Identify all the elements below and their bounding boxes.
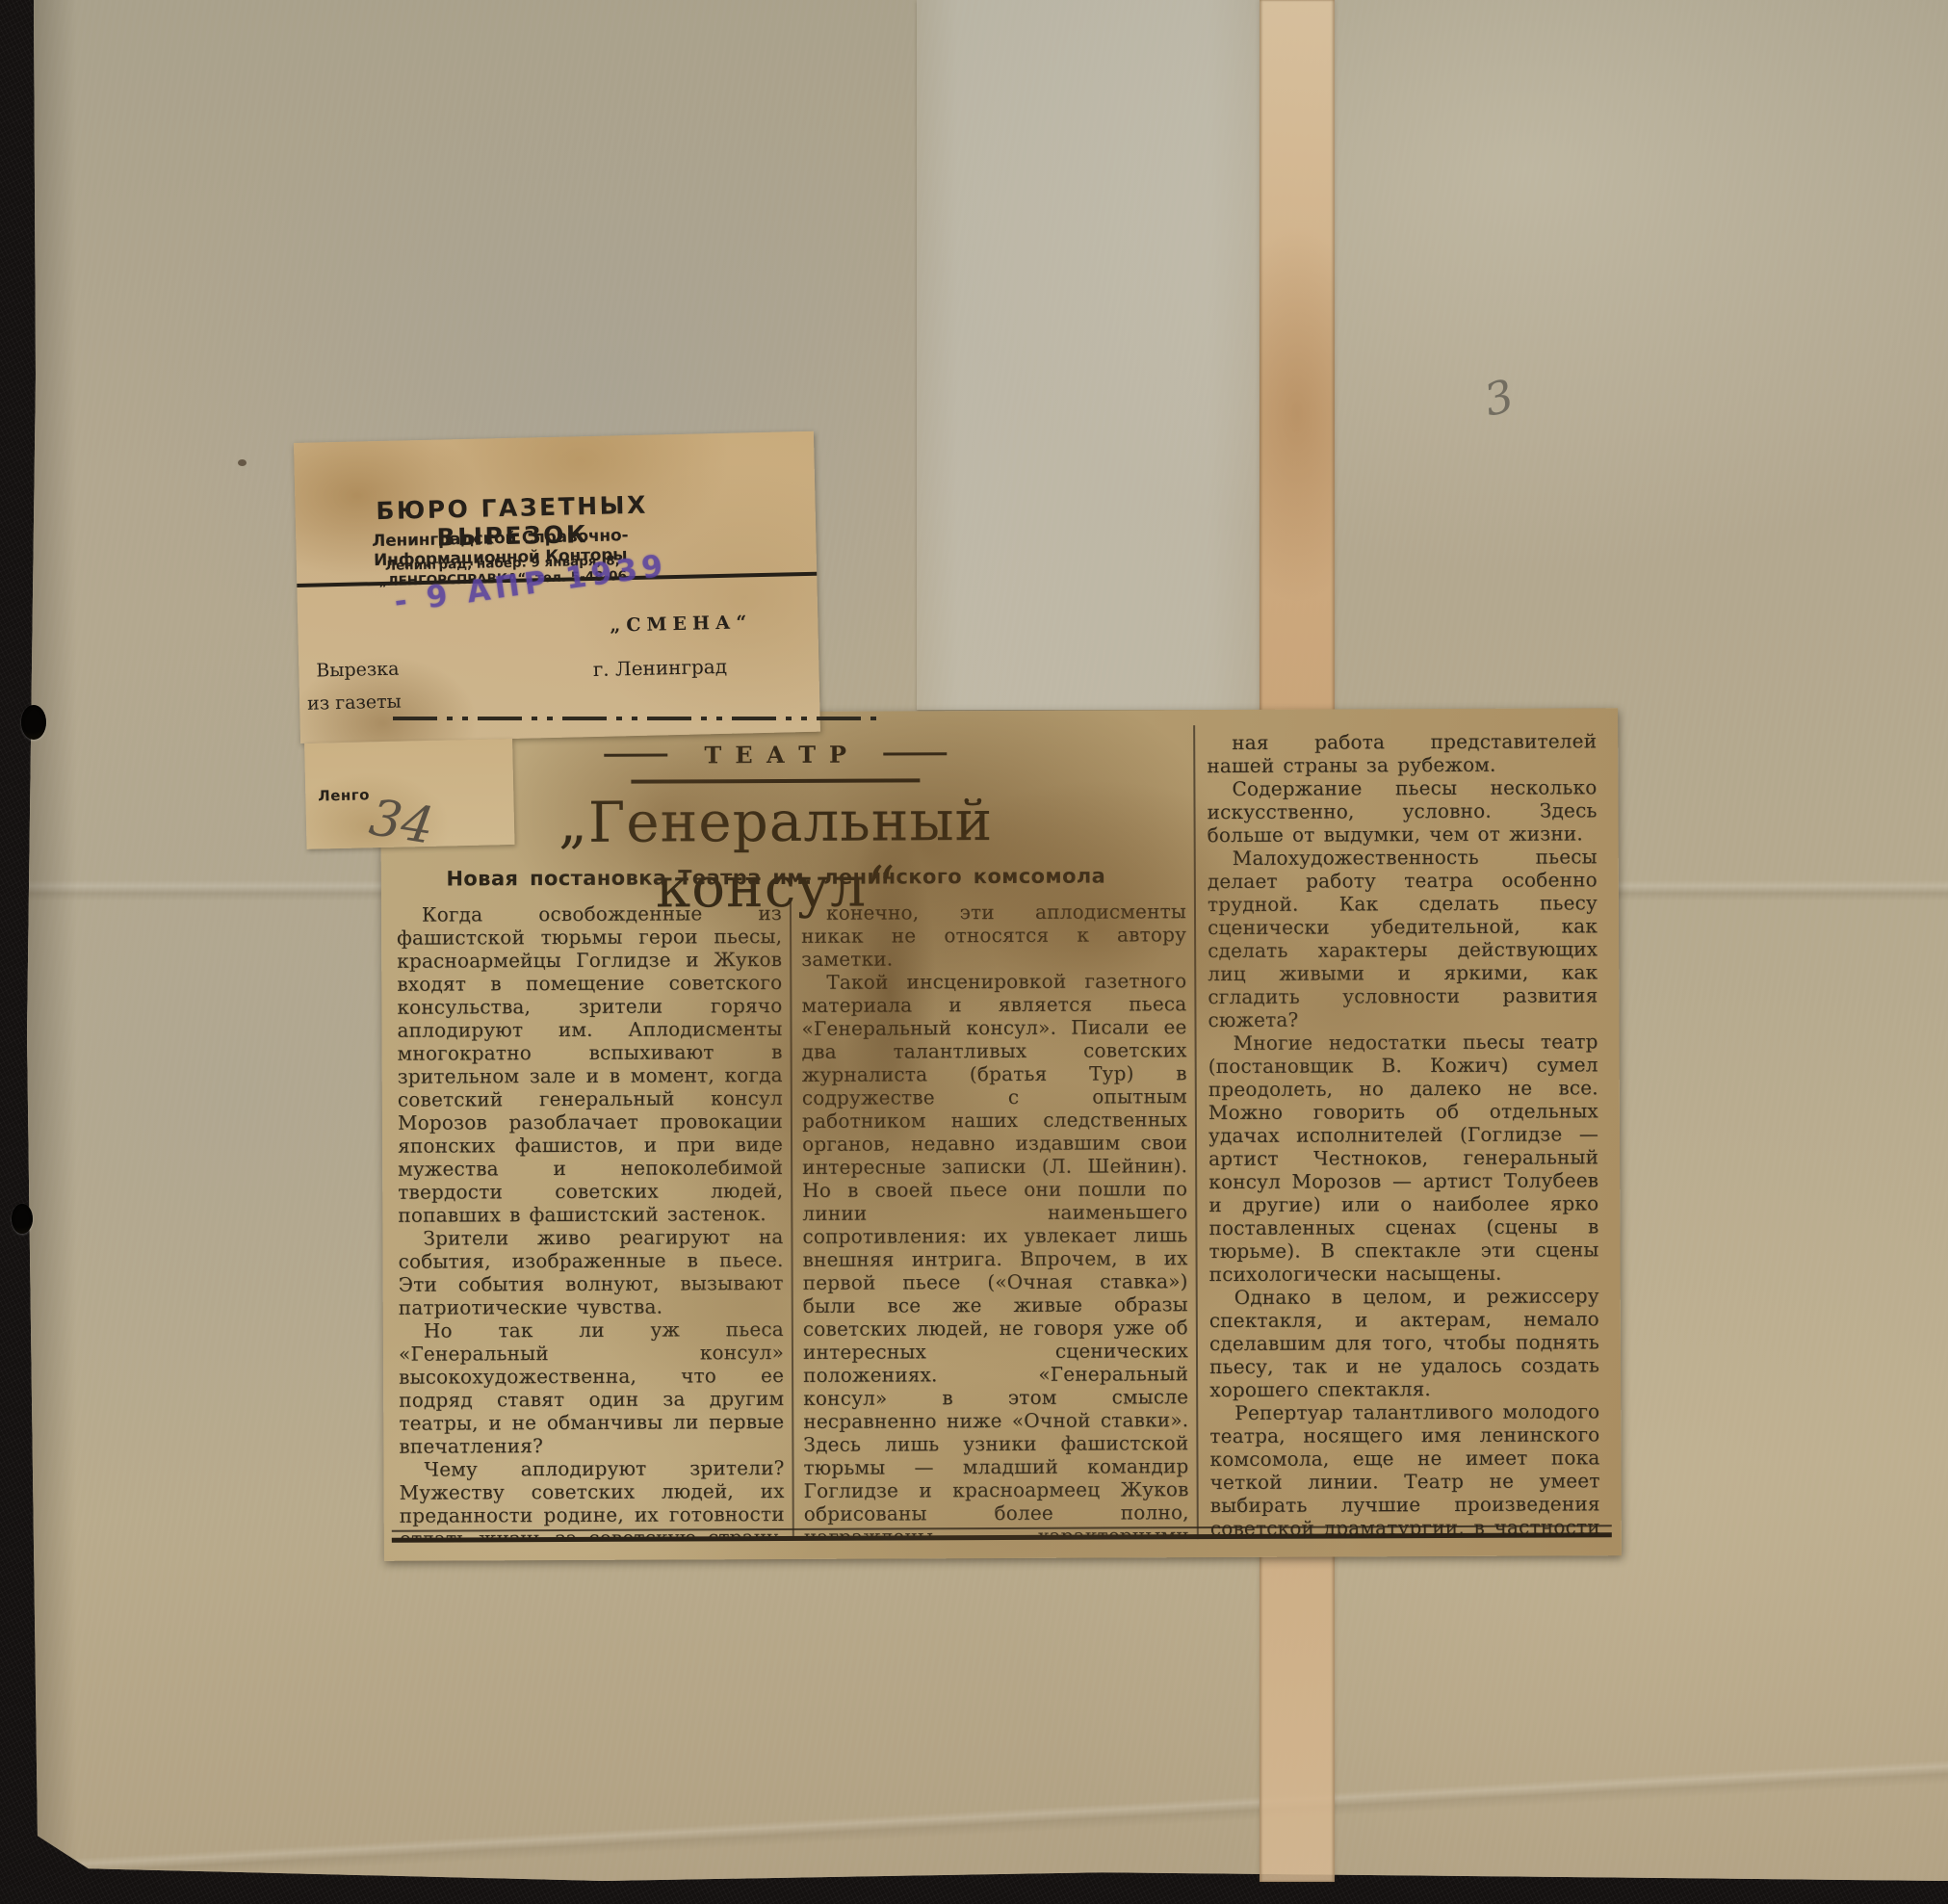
- rubric-right-rule: [883, 752, 947, 755]
- bureau-label-body: БЮРО ГАЗЕТНЫХ ВЫРЕЗОК Ленинградской Спра…: [294, 431, 820, 743]
- column-rule: [1193, 725, 1199, 1539]
- handwritten-catalog-number: 34: [366, 789, 438, 856]
- article-subheadline: Новая постановка Театра им. ленинского к…: [439, 864, 1113, 890]
- fill-in-line: [393, 717, 886, 720]
- article-paragraph: конечно, эти аплодисменты никак не относ…: [801, 900, 1186, 971]
- article-column-3: ная работа представителей нашей страны з…: [1207, 729, 1600, 1538]
- article-paragraph: Малохудожественность пьесы делает работу…: [1208, 845, 1598, 1031]
- article-paragraph: Многие недостатки пьесы театр (постановщ…: [1208, 1030, 1599, 1286]
- paper-hole: [12, 1204, 33, 1234]
- article-paragraph: Но так ли уж пьеса «Генеральный консул» …: [399, 1317, 785, 1458]
- article-paragraph: Такой инсценировкой газетного материала …: [801, 969, 1189, 1539]
- cut-label-line1: Вырезка: [316, 659, 400, 682]
- column-rule: [790, 900, 794, 1539]
- article-paragraph: Однако в целом, и режиссеру спектакля, и…: [1209, 1284, 1600, 1401]
- article-paragraph: Содержание пьесы несколько искусственно,…: [1207, 775, 1597, 847]
- archive-scan: 3 ТЕАТР „Генеральный консул“ Новая поста…: [0, 0, 1948, 1904]
- article-column-2: конечно, эти аплодисменты никак не относ…: [801, 900, 1189, 1539]
- ink-speck: [238, 459, 247, 466]
- bureau-label: БЮРО ГАЗЕТНЫХ ВЫРЕЗОК Ленинградской Спра…: [294, 431, 822, 851]
- article-column-1: Когда освобожденные из фашистской тюрьмы…: [397, 901, 785, 1541]
- cut-label-line2: из газеты: [307, 691, 402, 715]
- article-paragraph: ная работа представителей нашей страны з…: [1207, 729, 1597, 777]
- newspaper-city: г. Ленинград: [544, 654, 775, 682]
- paper-hole: [21, 705, 46, 740]
- article-paragraph: Когда освобожденные из фашистской тюрьмы…: [397, 901, 783, 1227]
- corner-mark: Ленго: [318, 786, 370, 804]
- article-paragraph: Зрители живо реагируют на события, изобр…: [398, 1225, 783, 1319]
- backing-sheet: [917, 0, 1260, 710]
- article-paragraph: Репертуар талантливого молодого театра, …: [1209, 1399, 1600, 1538]
- newspaper-name: „СМЕНА“: [565, 611, 796, 637]
